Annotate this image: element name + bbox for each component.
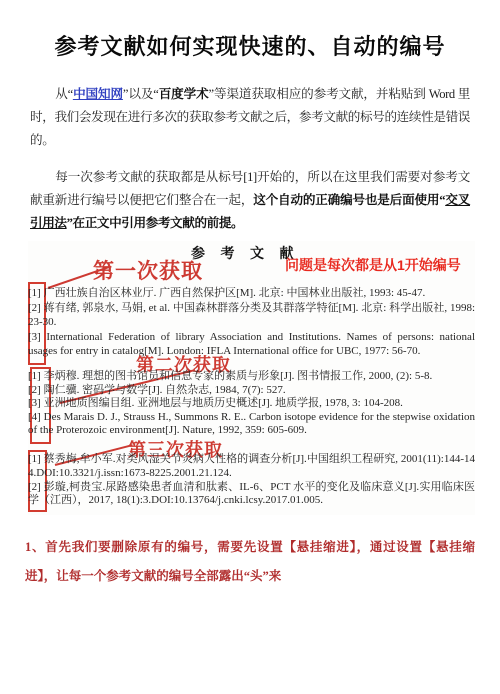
reference-item: [2] 蒋有绪, 郭泉水, 马娟, et al. 中国森林群落分类及其群落学特征… [28, 301, 475, 330]
cnki-link[interactable]: 中国知网 [73, 87, 123, 101]
reference-group-2: [1] 李炳穆. 理想的图书馆员和信息专家的素质与形象[J]. 图书情报工作, … [28, 370, 475, 438]
reference-item: [2] 陶仁骥. 密码学与数学[J]. 自然杂志, 1984, 7(7): 52… [28, 384, 475, 398]
text-run: ”以及“ [123, 87, 159, 101]
numbering-paragraph: 每一次参考文献的获取都是从标号[1]开始的，所以在这里我们需要对参考文献重新进行… [30, 166, 470, 235]
text-run: 从“ [55, 87, 73, 101]
reference-item: [3] 亚洲地质图编目组. 亚洲地层与地质历史概述[J]. 地质学报, 1978… [28, 397, 475, 411]
reference-item: [2] 彭璇,柯贵宝.尿路感染患者血清和肽素、IL-6、PCT 水平的变化及临床… [28, 481, 475, 509]
reference-item: [4] Des Marais D. J., Strauss H., Summon… [28, 411, 475, 438]
reference-item: [1] 蔡秀梅,牟小军.对类风湿关节炎病人性格的调查分析[J].中国组织工程研究… [28, 453, 475, 481]
baidu-scholar-text: 百度学术 [158, 87, 208, 101]
reference-item: [3] International Federation of library … [28, 330, 475, 359]
text-run-bold: 在正文中引用参考文献的前提。 [73, 216, 244, 230]
problem-note: 问题是每次都是从1开始编号 [285, 255, 461, 275]
page-title: 参考文献如何实现快速的、自动的编号 [20, 33, 480, 61]
first-fetch-annotation: 第一次获取 [93, 255, 203, 285]
reference-group-3: [1] 蔡秀梅,牟小军.对类风湿关节炎病人性格的调查分析[J].中国组织工程研究… [28, 453, 475, 508]
reference-item: [1] 广西壮族自治区林业厅. 广西自然保护区[M]. 北京: 中国林业出版社,… [28, 286, 475, 301]
reference-group-1: [1] 广西壮族自治区林业厅. 广西自然保护区[M]. 北京: 中国林业出版社,… [28, 286, 475, 359]
step-instruction: 1、首先我们要删除原有的编号，需要先设置【悬挂缩进】，通过设置【悬挂缩进】，让每… [25, 533, 475, 591]
intro-paragraph: 从“中国知网”以及“百度学术”等渠道获取相应的参考文献，并粘贴到 Word 里时… [30, 83, 470, 152]
references-screenshot: 参 考 文 献 问题是每次都是从1开始编号 第一次获取 [1] 广西壮族自治区林… [28, 241, 475, 515]
reference-item: [1] 李炳穆. 理想的图书馆员和信息专家的素质与形象[J]. 图书情报工作, … [28, 370, 475, 384]
document-page: 参考文献如何实现快速的、自动的编号 从“中国知网”以及“百度学术”等渠道获取相应… [0, 0, 500, 694]
text-run-bold: 这个自动的正确编号也是后面使用“ [253, 193, 445, 207]
references-heading: 参 考 文 献 [191, 243, 300, 263]
